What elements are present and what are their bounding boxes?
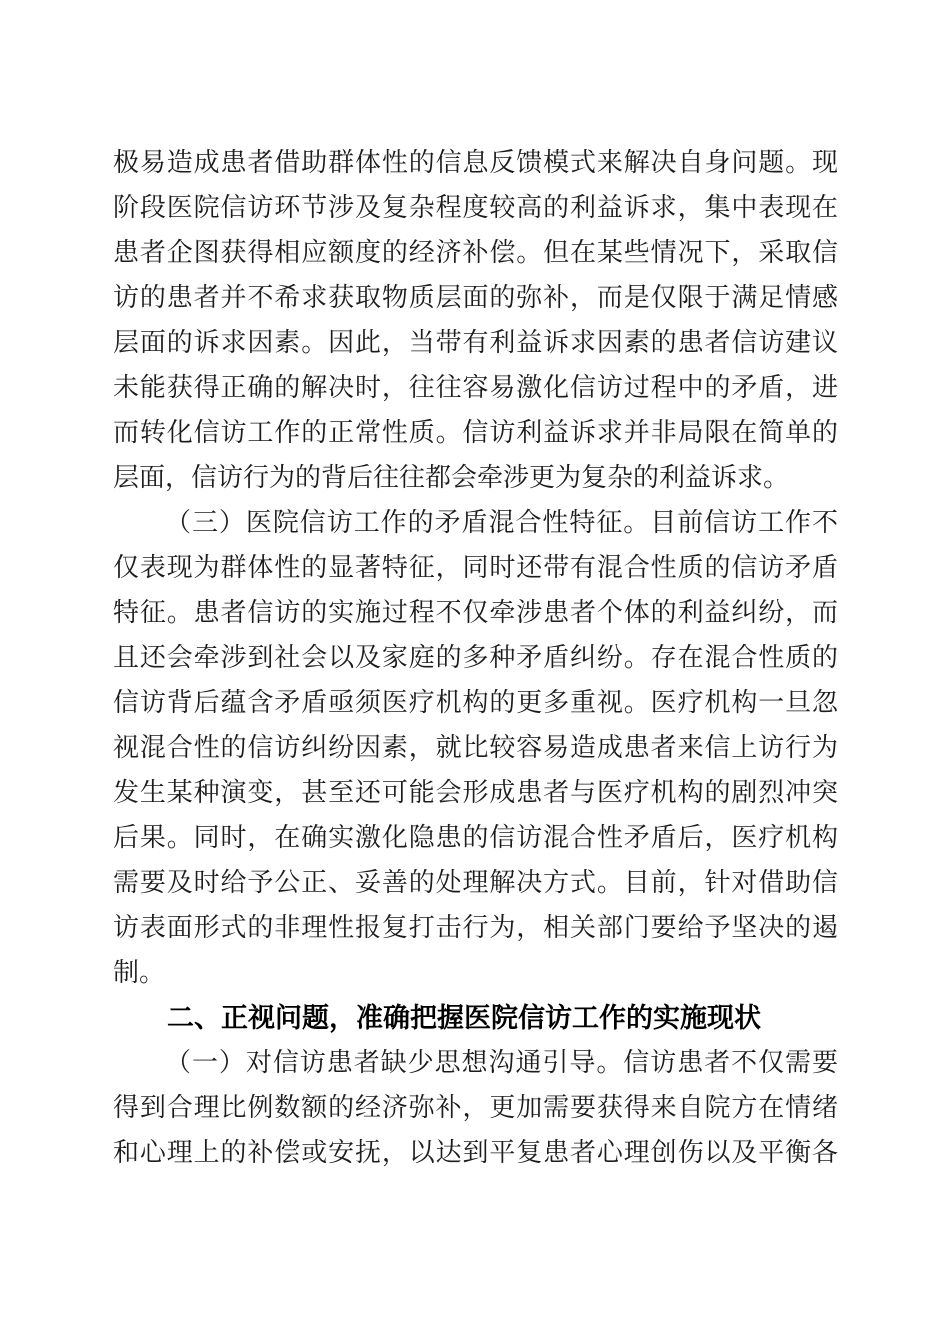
text-line: 和心理上的补偿或安抚，以达到平复患者心理创伤以及平衡各	[113, 1131, 838, 1176]
text-line: 发生某种演变，甚至还可能会形成患者与医疗机构的剧烈冲突	[113, 771, 838, 816]
text-line: （三）医院信访工作的矛盾混合性特征。目前信访工作不	[113, 501, 838, 546]
text-line: 信访背后蕴含矛盾亟须医疗机构的更多重视。医疗机构一旦忽	[113, 681, 838, 726]
paragraph: 极易造成患者借助群体性的信息反馈模式来解决自身问题。现阶段医院信访环节涉及复杂程…	[113, 141, 838, 501]
text-line: 访表面形式的非理性报复打击行为，相关部门要给予坚决的遏	[113, 906, 838, 951]
text-line: 且还会牵涉到社会以及家庭的多种矛盾纠纷。存在混合性质的	[113, 636, 838, 681]
text-line: 视混合性的信访纠纷因素，就比较容易造成患者来信上访行为	[113, 726, 838, 771]
text-line: 而转化信访工作的正常性质。信访利益诉求并非局限在简单的	[113, 411, 838, 456]
text-line: 需要及时给予公正、妥善的处理解决方式。目前，针对借助信	[113, 861, 838, 906]
text-line: 二、正视问题，准确把握医院信访工作的实施现状	[113, 996, 838, 1041]
document-page: 极易造成患者借助群体性的信息反馈模式来解决自身问题。现阶段医院信访环节涉及复杂程…	[0, 0, 950, 1344]
text-line: 制。	[113, 951, 838, 996]
text-line: 患者企图获得相应额度的经济补偿。但在某些情况下，采取信	[113, 231, 838, 276]
text-line: 仅表现为群体性的显著特征，同时还带有混合性质的信访矛盾	[113, 546, 838, 591]
text-line: 阶段医院信访环节涉及复杂程度较高的利益诉求，集中表现在	[113, 186, 838, 231]
paragraph: （三）医院信访工作的矛盾混合性特征。目前信访工作不仅表现为群体性的显著特征，同时…	[113, 501, 838, 996]
paragraph: （一）对信访患者缺少思想沟通引导。信访患者不仅需要得到合理比例数额的经济弥补，更…	[113, 1041, 838, 1176]
text-line: 特征。患者信访的实施过程不仅牵涉患者个体的利益纠纷，而	[113, 591, 838, 636]
text-line: 极易造成患者借助群体性的信息反馈模式来解决自身问题。现	[113, 141, 838, 186]
text-body: 极易造成患者借助群体性的信息反馈模式来解决自身问题。现阶段医院信访环节涉及复杂程…	[113, 141, 838, 1176]
text-line: 层面的诉求因素。因此，当带有利益诉求因素的患者信访建议	[113, 321, 838, 366]
text-line: 后果。同时，在确实激化隐患的信访混合性矛盾后，医疗机构	[113, 816, 838, 861]
text-line: 层面，信访行为的背后往往都会牵涉更为复杂的利益诉求。	[113, 456, 838, 501]
text-line: 未能获得正确的解决时，往往容易激化信访过程中的矛盾，进	[113, 366, 838, 411]
text-line: 得到合理比例数额的经济弥补，更加需要获得来自院方在情绪	[113, 1086, 838, 1131]
section-heading: 二、正视问题，准确把握医院信访工作的实施现状	[113, 996, 838, 1041]
text-line: （一）对信访患者缺少思想沟通引导。信访患者不仅需要	[113, 1041, 838, 1086]
text-line: 访的患者并不希求获取物质层面的弥补，而是仅限于满足情感	[113, 276, 838, 321]
